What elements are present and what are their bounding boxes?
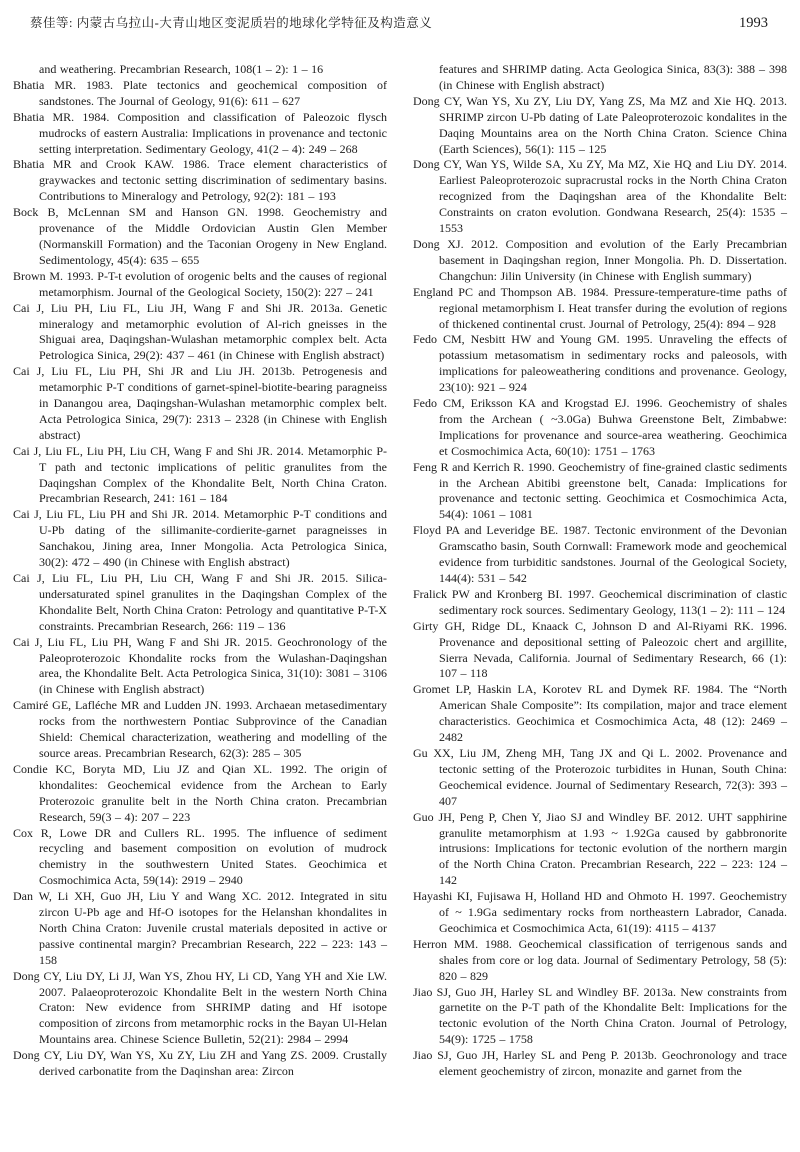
reference-item: Dan W, Li XH, Guo JH, Liu Y and Wang XC.… xyxy=(13,889,387,969)
page-header: 蔡佳等: 内蒙古乌拉山-大青山地区变泥质岩的地球化学特征及构造意义 1993 xyxy=(30,13,768,32)
reference-item: Guo JH, Peng P, Chen Y, Jiao SJ and Wind… xyxy=(413,810,787,890)
reference-item: Gromet LP, Haskin LA, Korotev RL and Dym… xyxy=(413,682,787,746)
reference-item: England PC and Thompson AB. 1984. Pressu… xyxy=(413,285,787,333)
reference-item: Floyd PA and Leveridge BE. 1987. Tectoni… xyxy=(413,523,787,587)
paper-page: 蔡佳等: 内蒙古乌拉山-大青山地区变泥质岩的地球化学特征及构造意义 1993 a… xyxy=(0,0,800,1152)
references-column-right: features and SHRIMP dating. Acta Geologi… xyxy=(413,62,787,1080)
reference-item: Gu XX, Liu JM, Zheng MH, Tang JX and Qi … xyxy=(413,746,787,810)
reference-item: Bhatia MR. 1983. Plate tectonics and geo… xyxy=(13,78,387,110)
reference-item: Dong CY, Liu DY, Li JJ, Wan YS, Zhou HY,… xyxy=(13,969,387,1049)
reference-item: Brown M. 1993. P-T-t evolution of orogen… xyxy=(13,269,387,301)
reference-item: Bhatia MR and Crook KAW. 1986. Trace ele… xyxy=(13,157,387,205)
reference-item: Dong CY, Wan YS, Xu ZY, Liu DY, Yang ZS,… xyxy=(413,94,787,158)
reference-item: Girty GH, Ridge DL, Knaack C, Johnson D … xyxy=(413,619,787,683)
running-title: 蔡佳等: 内蒙古乌拉山-大青山地区变泥质岩的地球化学特征及构造意义 xyxy=(30,13,432,31)
reference-item: Cai J, Liu FL, Liu PH and Shi JR. 2014. … xyxy=(13,507,387,571)
reference-item: Feng R and Kerrich R. 1990. Geochemistry… xyxy=(413,460,787,524)
reference-item: Hayashi KI, Fujisawa H, Holland HD and O… xyxy=(413,889,787,937)
reference-item: Jiao SJ, Guo JH, Harley SL and Windley B… xyxy=(413,985,787,1049)
reference-item: Dong CY, Liu DY, Wan YS, Xu ZY, Liu ZH a… xyxy=(13,1048,387,1080)
reference-item: Cai J, Liu FL, Liu PH, Wang F and Shi JR… xyxy=(13,635,387,699)
reference-item: Cai J, Liu FL, Liu PH, Shi JR and Liu JH… xyxy=(13,364,387,444)
reference-item: Cai J, Liu FL, Liu PH, Liu CH, Wang F an… xyxy=(13,444,387,508)
page-number: 1993 xyxy=(739,15,768,32)
reference-item: Jiao SJ, Guo JH, Harley SL and Peng P. 2… xyxy=(413,1048,787,1080)
references-columns: and weathering. Precambrian Research, 10… xyxy=(13,62,787,1080)
reference-item: Fedo CM, Eriksson KA and Krogstad EJ. 19… xyxy=(413,396,787,460)
reference-item: Cai J, Liu PH, Liu FL, Liu JH, Wang F an… xyxy=(13,301,387,365)
reference-item: Cox R, Lowe DR and Cullers RL. 1995. The… xyxy=(13,826,387,890)
reference-item: Camiré GE, Lafléche MR and Ludden JN. 19… xyxy=(13,698,387,762)
references-column-left: and weathering. Precambrian Research, 10… xyxy=(13,62,387,1080)
reference-item: Condie KC, Boryta MD, Liu JZ and Qian XL… xyxy=(13,762,387,826)
reference-item: Herron MM. 1988. Geochemical classificat… xyxy=(413,937,787,985)
reference-item: Fedo CM, Nesbitt HW and Young GM. 1995. … xyxy=(413,332,787,396)
reference-item: Fralick PW and Kronberg BI. 1997. Geoche… xyxy=(413,587,787,619)
reference-item: Bock B, McLennan SM and Hanson GN. 1998.… xyxy=(13,205,387,269)
reference-item: Dong CY, Wan YS, Wilde SA, Xu ZY, Ma MZ,… xyxy=(413,157,787,237)
reference-item: Bhatia MR. 1984. Composition and classif… xyxy=(13,110,387,158)
reference-item: and weathering. Precambrian Research, 10… xyxy=(13,62,387,78)
reference-item: features and SHRIMP dating. Acta Geologi… xyxy=(413,62,787,94)
reference-item: Dong XJ. 2012. Composition and evolution… xyxy=(413,237,787,285)
reference-item: Cai J, Liu FL, Liu PH, Liu CH, Wang F an… xyxy=(13,571,387,635)
